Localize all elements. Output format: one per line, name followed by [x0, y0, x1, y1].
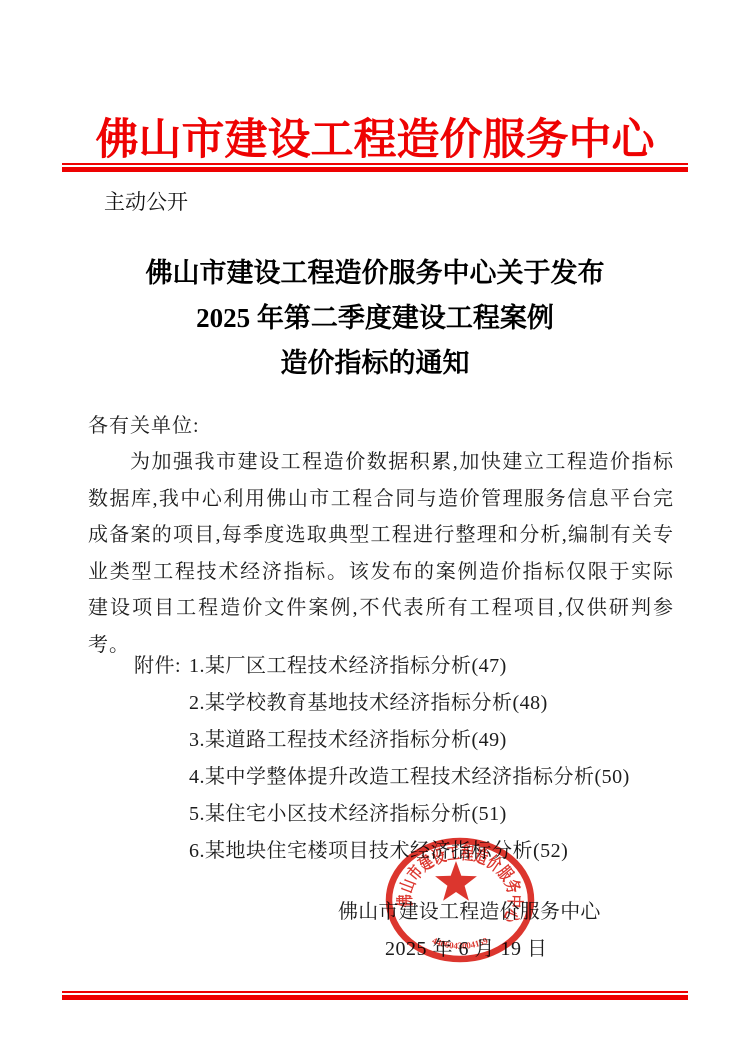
body-paragraph: 为加强我市建设工程造价数据积累,加快建立工程造价指标数据库,我中心利用佛山市工程…: [88, 444, 674, 663]
publicity-label: 主动公开: [104, 186, 188, 216]
attachment-item: 4.某中学整体提升改造工程技术经济指标分析(50): [189, 759, 630, 796]
rule-thick-line: [62, 995, 688, 1000]
doc-title-line3: 造价指标的通知: [0, 341, 750, 386]
document-page: 佛山市建设工程造价服务中心 主动公开 佛山市建设工程造价服务中心关于发布 202…: [0, 0, 750, 1061]
rule-thick-line: [62, 167, 688, 172]
salutation: 各有关单位:: [88, 409, 200, 438]
doc-title-line1: 佛山市建设工程造价服务中心关于发布: [0, 251, 750, 296]
doc-title: 佛山市建设工程造价服务中心关于发布 2025 年第二季度建设工程案例 造价指标的…: [0, 251, 750, 386]
attachment-item: 5.某住宅小区技术经济指标分析(51): [189, 796, 630, 833]
seal-star-icon: [435, 861, 477, 901]
svg-text:4406043004159: 4406043004159: [431, 935, 490, 951]
header-double-rule: [62, 163, 688, 172]
footer-double-rule: [62, 991, 688, 1000]
official-seal: 佛山市建设工程造价服务中心 4406043004159: [382, 834, 538, 966]
doc-title-line2: 2025 年第二季度建设工程案例: [0, 296, 750, 341]
attachment-item: 1.某厂区工程技术经济指标分析(47): [189, 648, 630, 685]
attachment-item: 3.某道路工程技术经济指标分析(49): [189, 722, 630, 759]
header-org-name: 佛山市建设工程造价服务中心: [0, 106, 750, 167]
attachments-label: 附件:: [134, 648, 189, 870]
attachment-item: 2.某学校教育基地技术经济指标分析(48): [189, 685, 630, 722]
seal-number: 4406043004159: [431, 935, 490, 951]
